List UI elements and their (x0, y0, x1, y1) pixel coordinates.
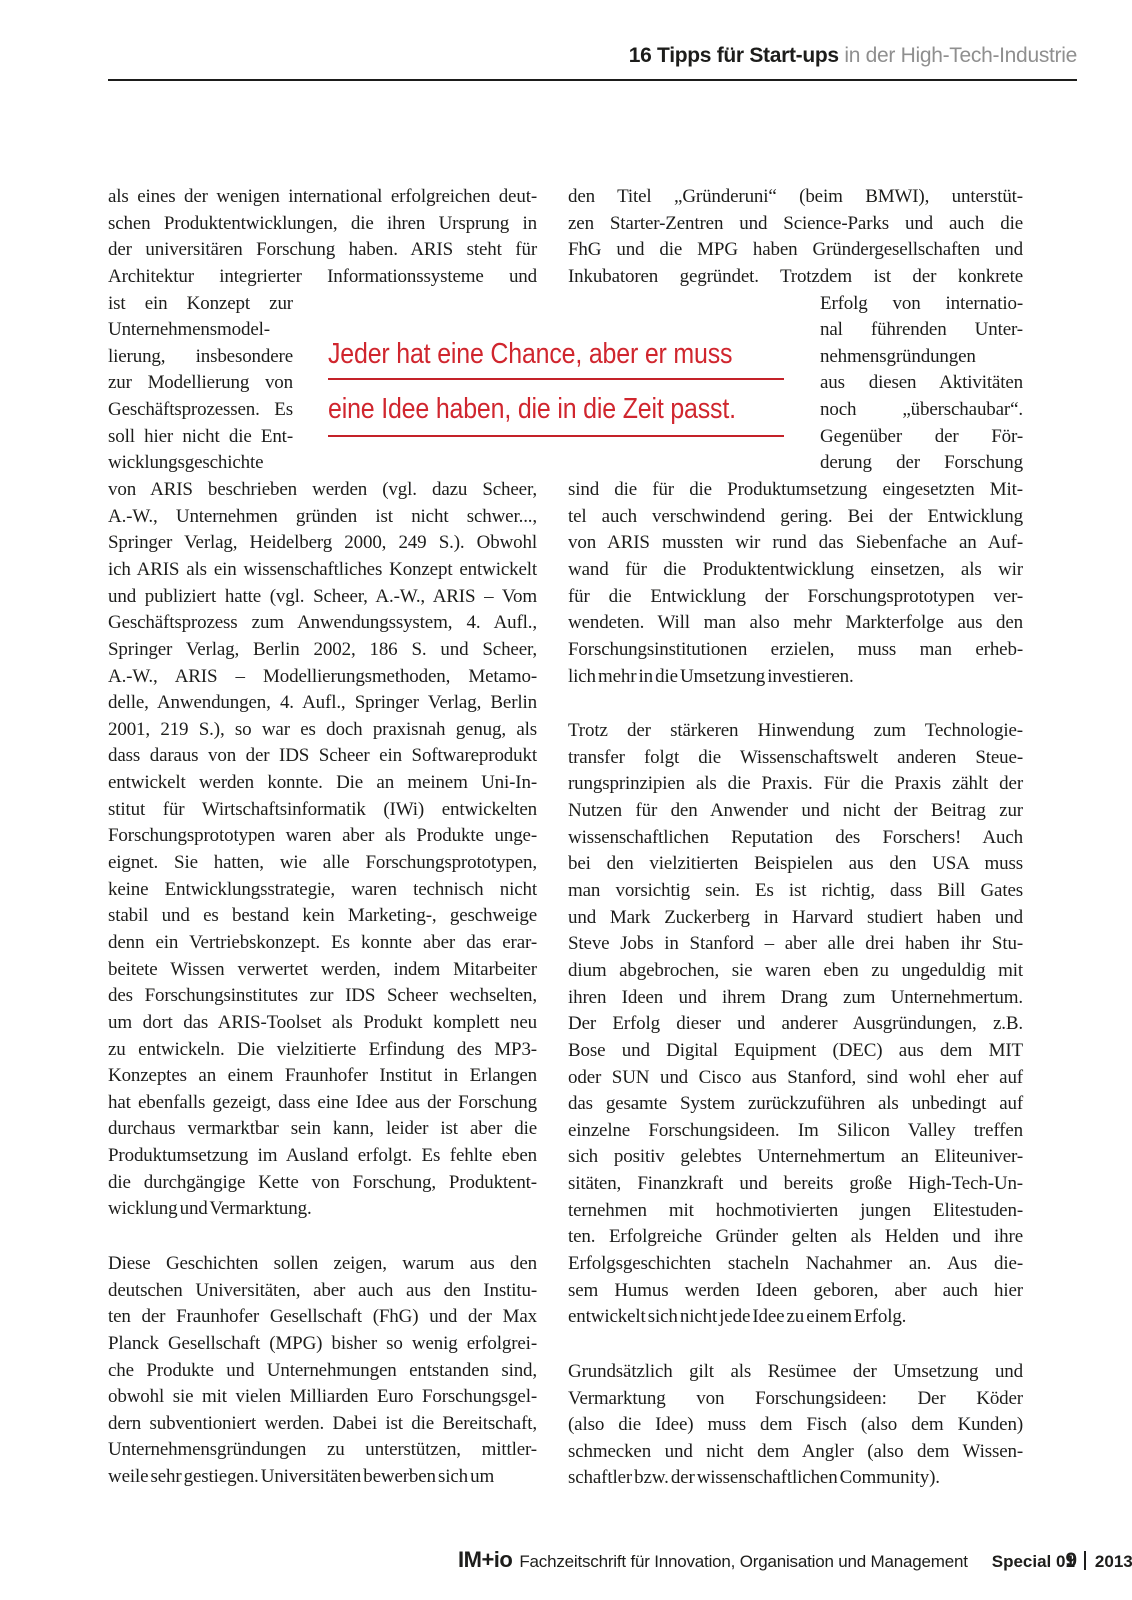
text-line: ternehmen mit hochmotivierten jungen Eli… (568, 1198, 1023, 1225)
text-line: Geschäftsprozess zum Anwendungssystem, 4… (108, 610, 537, 637)
text-line: bei den vielzitierten Beispielen aus den… (568, 851, 1023, 878)
text-segment: Trotz der stärkeren Hinwendung zum Techn… (568, 718, 1023, 1331)
journal-brand: IM+io (458, 1547, 512, 1573)
text-line: Planck Gesellschaft (MPG) bisher so weni… (108, 1331, 537, 1358)
paragraph-gap (568, 690, 1023, 718)
text-line: und publiziert hatte (vgl. Scheer, A.-W.… (108, 584, 537, 611)
text-line: Springer Verlag, Berlin 2002, 186 S. und… (108, 637, 537, 664)
text-line: einzelne Forschungsideen. Im Silicon Val… (568, 1118, 1023, 1145)
text-line: wicklung und Vermarktung. (108, 1196, 537, 1223)
text-line: noch „überschaubar“. (820, 397, 1023, 424)
text-line: schaftler bzw. der wissenschaftlichen Co… (568, 1465, 1023, 1492)
text-line: denn ein Vertriebskonzept. Es konnte abe… (108, 930, 537, 957)
text-line: als eines der wenigen international erfo… (108, 184, 537, 211)
pull-quote-line-2: eine Idee haben, die in die Zeit passt. (328, 380, 720, 435)
text-line: 2001, 219 S.), so war es doch praxisnah … (108, 717, 537, 744)
text-line: obwohl sie mit vielen Milliarden Euro Fo… (108, 1384, 537, 1411)
footer-imprint: IM+io Fachzeitschrift für Innovation, Or… (458, 1547, 1132, 1573)
text-line: Geschäftsprozessen. Es (108, 397, 293, 424)
text-segment: den Titel „Gründeruni“ (beim BMWI), unte… (568, 184, 1023, 291)
text-line: tel auch verschwindend gering. Bei der E… (568, 504, 1023, 531)
text-line: und Mark Zuckerberg in Harvard studiert … (568, 905, 1023, 932)
text-line: Bose und Digital Equipment (DEC) aus dem… (568, 1038, 1023, 1065)
text-line: ten. Erfolgreiche Gründer gelten als Hel… (568, 1224, 1023, 1251)
text-line: (also die Idee) muss dem Fisch (also dem… (568, 1412, 1023, 1439)
text-line: die durchgängige Kette von Forschung, Pr… (108, 1170, 537, 1197)
text-line: Forschungsprototypen waren aber als Prod… (108, 823, 537, 850)
text-line: zur Modellierung von (108, 370, 293, 397)
running-header: 16 Tipps für Start-ups in der High-Tech-… (629, 44, 1077, 68)
text-line: Forschungsinstitutionen erzielen, muss m… (568, 637, 1023, 664)
text-line: ten der Fraunhofer Gesellschaft (FhG) un… (108, 1304, 537, 1331)
text-line: keine Entwicklungsstrategie, waren techn… (108, 877, 537, 904)
text-line: delle, Anwendungen, 4. Aufl., Springer V… (108, 690, 537, 717)
text-line: Grundsätzlich gilt als Resümee der Umset… (568, 1359, 1023, 1386)
text-line: stabil und es bestand kein Marketing-, g… (108, 903, 537, 930)
text-line: von ARIS mussten wir rund das Siebenfach… (568, 530, 1023, 557)
text-segment: ist ein Konzept zurUnternehmensmodel-lie… (108, 291, 293, 477)
pull-quote-rule-bottom (328, 435, 784, 437)
text-line: sich positiv gelebtes Unternehmertum an … (568, 1144, 1023, 1171)
text-line: ist ein Konzept zur (108, 291, 293, 318)
text-line: dium abgebrochen, sie waren eben zu unge… (568, 958, 1023, 985)
text-line: Gegenüber der För- (820, 424, 1023, 451)
page-number: 9 (1065, 1549, 1077, 1573)
text-line: derung der Forschung (820, 450, 1023, 477)
text-line: Vermarktung von Forschungsideen: Der Köd… (568, 1386, 1023, 1413)
text-line: von ARIS beschrieben werden (vgl. dazu S… (108, 477, 537, 504)
text-line: Architektur integrierter Informationssys… (108, 264, 537, 291)
text-segment: von ARIS beschrieben werden (vgl. dazu S… (108, 477, 537, 1223)
text-line: für die Entwicklung der Forschungsprotot… (568, 584, 1023, 611)
text-line: wissenschaftlichen Reputation des Forsch… (568, 825, 1023, 852)
text-line: beitete Wissen verwertet werden, indem M… (108, 957, 537, 984)
text-line: che Produkte und Unternehmungen entstand… (108, 1358, 537, 1385)
text-line: rungsprinzipien als die Praxis. Für die … (568, 771, 1023, 798)
text-line: schen Produktentwicklungen, die ihren Ur… (108, 211, 537, 238)
text-line: wicklungsgeschichte (108, 450, 293, 477)
text-line: nehmensgründungen (820, 344, 1023, 371)
pull-quote: Jeder hat eine Chance, aber er muss eine… (328, 331, 784, 437)
text-line: wand für die Produktentwicklung einsetze… (568, 557, 1023, 584)
text-line: das gesamte System zurückzuführen als un… (568, 1091, 1023, 1118)
text-line: der universitären Forschung haben. ARIS … (108, 237, 537, 264)
text-line: Nutzen für den Anwender und nicht der Be… (568, 798, 1023, 825)
text-line: lierung, insbesondere (108, 344, 293, 371)
text-line: hat ebenfalls gezeigt, dass eine Idee au… (108, 1090, 537, 1117)
text-line: zen Starter-Zentren und Science-Parks un… (568, 211, 1023, 238)
text-line: wendeten. Will man also mehr Markterfolg… (568, 610, 1023, 637)
paragraph-gap (568, 1331, 1023, 1359)
text-segment: Grundsätzlich gilt als Resümee der Umset… (568, 1359, 1023, 1492)
text-line: des Forschungsinstitutes zur IDS Scheer … (108, 983, 537, 1010)
text-line: sem Humus werden Ideen geboren, aber auc… (568, 1278, 1023, 1305)
text-line: FhG und die MPG haben Gründergesellschaf… (568, 237, 1023, 264)
text-line: lich mehr in die Umsetzung investieren. (568, 664, 1023, 691)
text-line: entwickelt sich nicht jede Idee zu einem… (568, 1304, 1023, 1331)
text-line: deutschen Universitäten, aber auch aus d… (108, 1278, 537, 1305)
text-line: nal führenden Unter- (820, 317, 1023, 344)
text-line: transfer folgt die Wissenschaftswelt and… (568, 745, 1023, 772)
header-rule (108, 79, 1077, 81)
paragraph-gap (108, 1223, 537, 1251)
text-line: Produktumsetzung im Ausland erfolgt. Es … (108, 1143, 537, 1170)
text-line: soll hier nicht die Ent- (108, 424, 293, 451)
text-line: dern subventioniert werden. Dabei ist di… (108, 1411, 537, 1438)
text-line: oder SUN und Cisco aus Stanford, sind wo… (568, 1065, 1023, 1092)
text-line: Inkubatoren gegründet. Trotzdem ist der … (568, 264, 1023, 291)
text-line: man vorsichtig sein. Es ist richtig, das… (568, 878, 1023, 905)
text-line: Diese Geschichten sollen zeigen, warum a… (108, 1251, 537, 1278)
text-line: Unternehmensmodel- (108, 317, 293, 344)
text-line: dass daraus von der IDS Scheer ein Softw… (108, 743, 537, 770)
running-header-title: 16 Tipps für Start-ups (629, 44, 839, 67)
issue-year: 2013 (1095, 1552, 1132, 1572)
text-line: aus diesen Aktivitäten (820, 370, 1023, 397)
text-line: Steve Jobs in Stanford – aber alle drei … (568, 931, 1023, 958)
issue-label: Special 01 (992, 1552, 1075, 1572)
text-line: den Titel „Gründeruni“ (beim BMWI), unte… (568, 184, 1023, 211)
text-line: ich ARIS als ein wissenschaftliches Konz… (108, 557, 537, 584)
text-line: durchaus vermarktbar sein kann, leider i… (108, 1116, 537, 1143)
pull-quote-line-1: Jeder hat eine Chance, aber er muss (328, 331, 720, 378)
text-line: Konzeptes an einem Fraunhofer Institut i… (108, 1063, 537, 1090)
text-line: um dort das ARIS-Toolset als Produkt kom… (108, 1010, 537, 1037)
text-segment: Diese Geschichten sollen zeigen, warum a… (108, 1251, 537, 1491)
journal-subtitle: Fachzeitschrift für Innovation, Organisa… (519, 1552, 967, 1572)
page-footer: IM+io Fachzeitschrift für Innovation, Or… (108, 1543, 1077, 1575)
text-line: zu entwickeln. Die vielzitierte Erfindun… (108, 1037, 537, 1064)
text-line: Erfolgsgeschichten stacheln Nachahmer an… (568, 1251, 1023, 1278)
footer-separator-bar (1084, 1551, 1086, 1570)
text-line: schmecken und nicht dem Angler (also dem… (568, 1439, 1023, 1466)
text-line: A.-W., Unternehmen gründen ist nicht sch… (108, 504, 537, 531)
text-line: stitut für Wirtschaftsinformatik (IWi) e… (108, 797, 537, 824)
running-header-subtitle: in der High-Tech-Industrie (839, 44, 1077, 67)
text-line: ihren Ideen und ihrem Drang zum Unterneh… (568, 985, 1023, 1012)
text-segment: sind die für die Produktumsetzung einges… (568, 477, 1023, 690)
text-line: weile sehr gestiegen. Universitäten bewe… (108, 1464, 537, 1491)
text-line: Unternehmensgründungen zu unterstützen, … (108, 1437, 537, 1464)
text-line: Erfolg von internatio- (820, 291, 1023, 318)
text-line: Springer Verlag, Heidelberg 2000, 249 S.… (108, 530, 537, 557)
text-line: eignet. Sie hatten, wie alle Forschungsp… (108, 850, 537, 877)
text-line: Der Erfolg dieser und anderer Ausgründun… (568, 1011, 1023, 1038)
magazine-page: 16 Tipps für Start-ups in der High-Tech-… (0, 0, 1132, 1600)
text-line: sitäten, Finanzkraft und bereits große H… (568, 1171, 1023, 1198)
text-line: Trotz der stärkeren Hinwendung zum Techn… (568, 718, 1023, 745)
text-line: sind die für die Produktumsetzung einges… (568, 477, 1023, 504)
text-line: entwickelt werden konnte. Die an meinem … (108, 770, 537, 797)
text-segment: Erfolg von internatio-nal führenden Unte… (820, 291, 1023, 477)
text-segment: als eines der wenigen international erfo… (108, 184, 537, 291)
text-line: A.-W., ARIS – Modellierungsmethoden, Met… (108, 664, 537, 691)
